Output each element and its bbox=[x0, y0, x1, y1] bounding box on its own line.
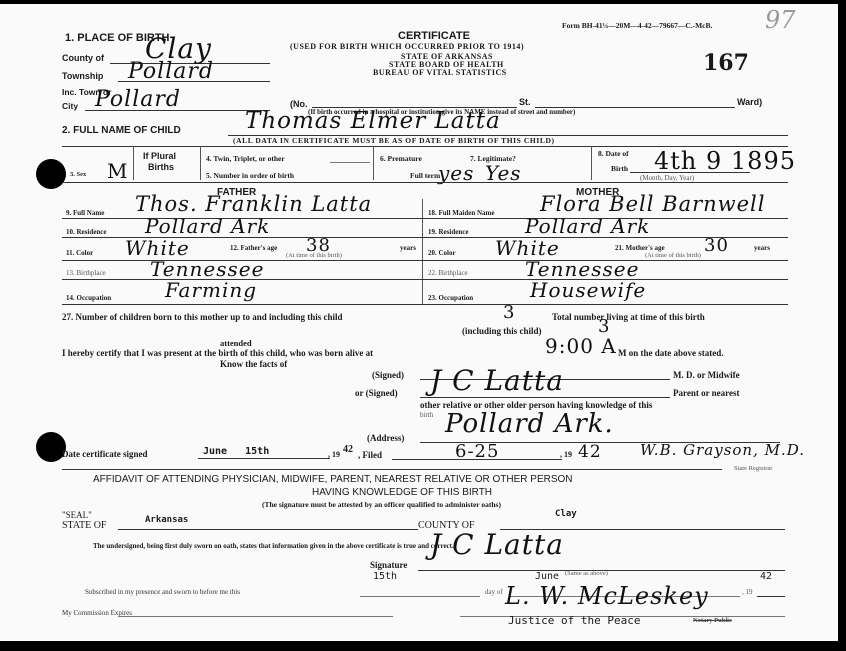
affidavit-note: (The signature must be attested by an of… bbox=[262, 500, 501, 509]
pencil-note: 97 bbox=[765, 6, 796, 34]
bureau-name: BUREAU OF VITAL STATISTICS bbox=[373, 68, 507, 77]
date-signed-value: June 15th bbox=[203, 446, 269, 457]
certify-text: I hereby certify that I was present at t… bbox=[62, 348, 373, 358]
county-label: County of bbox=[62, 53, 104, 63]
registrar-signature: W.B. Grayson, M.D. bbox=[640, 441, 805, 459]
father-birthplace-label: 13. Birthplace bbox=[66, 269, 106, 277]
plural-births-label: If Plural bbox=[143, 151, 176, 161]
signer-value: J C Latta bbox=[430, 364, 564, 397]
mother-name-label: 18. Full Maiden Name bbox=[428, 209, 495, 217]
father-color-label: 11. Color bbox=[66, 249, 93, 257]
signature-label: Signature bbox=[370, 560, 407, 570]
registrar-label: State Registrar bbox=[734, 465, 772, 472]
affidavit-signature-value: J C Latta bbox=[430, 528, 564, 561]
attended-label: attended bbox=[220, 338, 252, 348]
birth-time-value: 9:00 A bbox=[545, 334, 617, 358]
mother-name-value: Flora Bell Barnwell bbox=[540, 192, 765, 216]
mother-color-label: 20. Color bbox=[428, 249, 456, 257]
date-hint: (Month, Day, Year) bbox=[640, 174, 694, 182]
parent-label: Parent or nearest bbox=[673, 388, 740, 398]
mother-occupation-label: 23. Occupation bbox=[428, 294, 473, 302]
state-of-value: Arkansas bbox=[145, 515, 188, 525]
subscribed-year-value: 42 bbox=[760, 571, 772, 582]
premature-label: 6. Premature bbox=[380, 154, 422, 163]
punch-hole bbox=[36, 159, 66, 189]
sex-label: 3. Sex bbox=[70, 171, 86, 178]
date-of-birth-value: 4th 9 1895 bbox=[654, 147, 796, 175]
child-name-label: 2. FULL NAME OF CHILD bbox=[62, 125, 181, 136]
sex-value: M bbox=[107, 159, 128, 183]
birth-certificate: 97 1. PLACE OF BIRTH CERTIFICATE (USED F… bbox=[0, 4, 838, 641]
town-value: Pollard bbox=[95, 87, 181, 112]
affidavit-heading: AFFIDAVIT OF ATTENDING PHYSICIAN, MIDWIF… bbox=[93, 474, 573, 485]
birth-time-suffix: M on the date above stated. bbox=[618, 348, 724, 358]
father-name-value: Thos. Franklin Latta bbox=[135, 192, 372, 216]
father-age-label: 12. Father's age bbox=[230, 244, 277, 252]
father-name-label: 9. Full Name bbox=[66, 209, 104, 217]
father-residence-value: Pollard Ark bbox=[145, 214, 270, 238]
know-facts-label: Know the facts of bbox=[220, 359, 287, 369]
all-data-note: (ALL DATA IN CERTIFICATE MUST BE AS OF D… bbox=[233, 136, 555, 145]
signed-label: (Signed) bbox=[372, 370, 404, 380]
date-signed-label: Date certificate signed bbox=[62, 449, 147, 459]
mother-age-note: (At time of this birth) bbox=[645, 252, 701, 259]
signed-year-prefix: , 19 bbox=[328, 450, 340, 459]
subscribed-month-value: June bbox=[535, 571, 559, 582]
certificate-subtitle: (USED FOR BIRTH WHICH OCCURRED PRIOR TO … bbox=[290, 42, 524, 51]
same-as-above-note: (Same as above) bbox=[565, 570, 608, 577]
sworn-text: The undersigned, being first duly sworn … bbox=[93, 542, 454, 550]
father-age-unit: years bbox=[400, 244, 416, 252]
mother-occupation-value: Housewife bbox=[530, 278, 646, 302]
date-of-birth-label: 8. Date of bbox=[598, 149, 629, 158]
certificate-number: 167 bbox=[703, 50, 749, 76]
full-term-label: Full term bbox=[410, 171, 440, 180]
birth-order-label: 5. Number in order of birth bbox=[206, 171, 294, 180]
city-label: City bbox=[62, 101, 78, 111]
father-occupation-value: Farming bbox=[165, 278, 257, 302]
living-label-2: (including this child) bbox=[462, 326, 542, 336]
father-residence-label: 10. Residence bbox=[66, 228, 106, 236]
struck-notary-title: Notary Public bbox=[693, 617, 732, 624]
father-occupation-label: 14. Occupation bbox=[66, 294, 111, 302]
officer-signature: L. W. McLeskey bbox=[505, 582, 709, 610]
filed-year-value: 42 bbox=[578, 442, 602, 462]
day-of-label: day of bbox=[485, 588, 503, 596]
ward-label: Ward) bbox=[737, 97, 762, 107]
child-name-value: Thomas Elmer Latta bbox=[245, 108, 501, 134]
living-label: Total number living at time of this birt… bbox=[552, 312, 705, 322]
children-count-label: 27. Number of children born to this moth… bbox=[62, 312, 343, 322]
children-count-value: 3 bbox=[503, 302, 515, 323]
signed-year-value: 42 bbox=[343, 444, 353, 455]
township-label: Township bbox=[62, 71, 103, 81]
state-of-label: STATE OF bbox=[62, 520, 106, 531]
seal-label: "SEAL" bbox=[62, 510, 92, 520]
mother-age-label: 21. Mother's age bbox=[615, 244, 665, 252]
certificate-title: CERTIFICATE bbox=[398, 30, 470, 42]
father-age-note: (At time of this birth) bbox=[286, 252, 342, 259]
birth-label: birth bbox=[420, 411, 433, 419]
township-value: Pollard bbox=[128, 59, 214, 84]
plural-births-label-2: Births bbox=[148, 162, 174, 172]
street-label: St. bbox=[519, 97, 531, 107]
twin-label: 4. Twin, Triplet, or other bbox=[206, 154, 285, 163]
or-signed-label: or (Signed) bbox=[355, 388, 398, 398]
mother-age-value: 30 bbox=[704, 235, 729, 256]
date-of-birth-label-2: Birth bbox=[611, 164, 628, 173]
officer-title: Justice of the Peace bbox=[508, 614, 640, 627]
subscribed-day-value: 15th bbox=[373, 571, 397, 582]
filed-year-prefix: , 19 bbox=[560, 450, 572, 459]
mother-residence-label: 19. Residence bbox=[428, 228, 468, 236]
mother-residence-value: Pollard Ark bbox=[525, 214, 650, 238]
subscribed-year-prefix: , 19 bbox=[742, 588, 753, 596]
subscribed-label: Subscribed in my presence and sworn to b… bbox=[85, 588, 240, 596]
form-number: Form BH-41¼—20M—4-42—79667—C.-McB. bbox=[562, 21, 712, 30]
mother-birthplace-label: 22. Birthplace bbox=[428, 269, 468, 277]
filed-label: , Filed bbox=[358, 450, 382, 460]
mother-age-unit: years bbox=[754, 244, 770, 252]
affidavit-heading-2: HAVING KNOWLEDGE OF THIS BIRTH bbox=[312, 487, 492, 498]
address-value: Pollard Ark. bbox=[445, 409, 614, 439]
md-midwife-label: M. D. or Midwife bbox=[673, 370, 740, 380]
address-label: (Address) bbox=[367, 433, 404, 443]
county-of-value: Clay bbox=[555, 509, 577, 519]
